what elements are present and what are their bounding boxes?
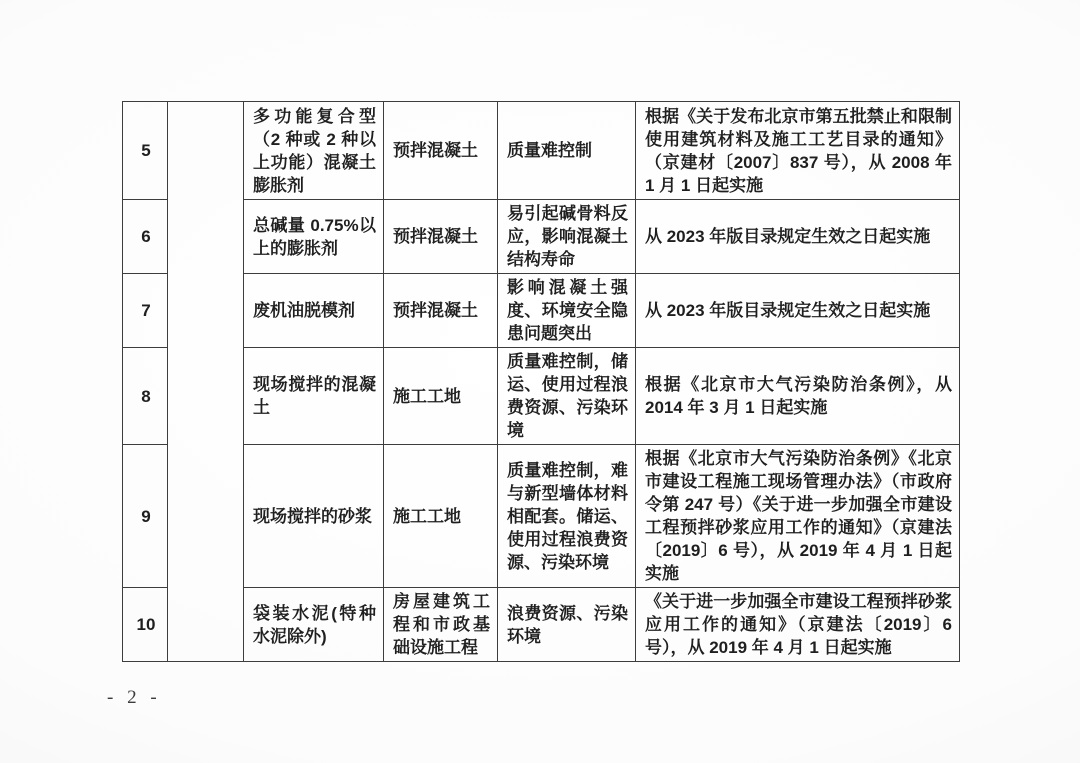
- table-row: 5 多功能复合型（2 种或 2 种以上功能）混凝土膨胀剂 预拌混凝土 质量难控制…: [123, 102, 960, 200]
- material-name-cell: 废机油脱模剂: [244, 274, 384, 348]
- category-merged-cell: [168, 102, 244, 662]
- basis-cell: 根据《关于发布北京市第五批禁止和限制使用建筑材料及施工工艺目录的通知》（京建材〔…: [636, 102, 960, 200]
- row-number-cell: 8: [123, 348, 168, 445]
- scope-cell: 预拌混凝土: [384, 200, 498, 274]
- reason-cell: 质量难控制，储运、使用过程浪费资源、污染环境: [498, 348, 636, 445]
- reason-cell: 易引起碱骨料反应，影响混凝土结构寿命: [498, 200, 636, 274]
- row-number-cell: 7: [123, 274, 168, 348]
- material-name-cell: 现场搅拌的混凝土: [244, 348, 384, 445]
- basis-cell: 从 2023 年版目录规定生效之日起实施: [636, 200, 960, 274]
- table-row: 9 现场搅拌的砂浆 施工工地 质量难控制，难与新型墙体材料相配套。储运、使用过程…: [123, 445, 960, 588]
- material-name-cell: 总碱量 0.75%以上的膨胀剂: [244, 200, 384, 274]
- document-page: 5 多功能复合型（2 种或 2 种以上功能）混凝土膨胀剂 预拌混凝土 质量难控制…: [0, 0, 1080, 763]
- row-number-cell: 5: [123, 102, 168, 200]
- table-row: 8 现场搅拌的混凝土 施工工地 质量难控制，储运、使用过程浪费资源、污染环境 根…: [123, 348, 960, 445]
- page-number: - 2 -: [107, 687, 159, 709]
- material-name-cell: 袋装水泥(特种水泥除外): [244, 588, 384, 662]
- basis-cell: 从 2023 年版目录规定生效之日起实施: [636, 274, 960, 348]
- basis-cell: 根据《北京市大气污染防治条例》，从 2014 年 3 月 1 日起实施: [636, 348, 960, 445]
- scope-cell: 房屋建筑工程和市政基础设施工程: [384, 588, 498, 662]
- material-name-cell: 现场搅拌的砂浆: [244, 445, 384, 588]
- restricted-materials-table: 5 多功能复合型（2 种或 2 种以上功能）混凝土膨胀剂 预拌混凝土 质量难控制…: [122, 101, 960, 662]
- row-number-cell: 10: [123, 588, 168, 662]
- reason-cell: 影响混凝土强度、环境安全隐患问题突出: [498, 274, 636, 348]
- scope-cell: 预拌混凝土: [384, 274, 498, 348]
- scope-cell: 施工工地: [384, 348, 498, 445]
- row-number-cell: 6: [123, 200, 168, 274]
- table-row: 6 总碱量 0.75%以上的膨胀剂 预拌混凝土 易引起碱骨料反应，影响混凝土结构…: [123, 200, 960, 274]
- reason-cell: 质量难控制: [498, 102, 636, 200]
- table-row: 10 袋装水泥(特种水泥除外) 房屋建筑工程和市政基础设施工程 浪费资源、污染环…: [123, 588, 960, 662]
- table-row: 7 废机油脱模剂 预拌混凝土 影响混凝土强度、环境安全隐患问题突出 从 2023…: [123, 274, 960, 348]
- material-name-cell: 多功能复合型（2 种或 2 种以上功能）混凝土膨胀剂: [244, 102, 384, 200]
- basis-cell: 《关于进一步加强全市建设工程预拌砂浆应用工作的通知》（京建法〔2019〕6 号）…: [636, 588, 960, 662]
- reason-cell: 质量难控制，难与新型墙体材料相配套。储运、使用过程浪费资源、污染环境: [498, 445, 636, 588]
- scope-cell: 施工工地: [384, 445, 498, 588]
- basis-cell: 根据《北京市大气污染防治条例》《北京市建设工程施工现场管理办法》（市政府令第 2…: [636, 445, 960, 588]
- reason-cell: 浪费资源、污染环境: [498, 588, 636, 662]
- row-number-cell: 9: [123, 445, 168, 588]
- scope-cell: 预拌混凝土: [384, 102, 498, 200]
